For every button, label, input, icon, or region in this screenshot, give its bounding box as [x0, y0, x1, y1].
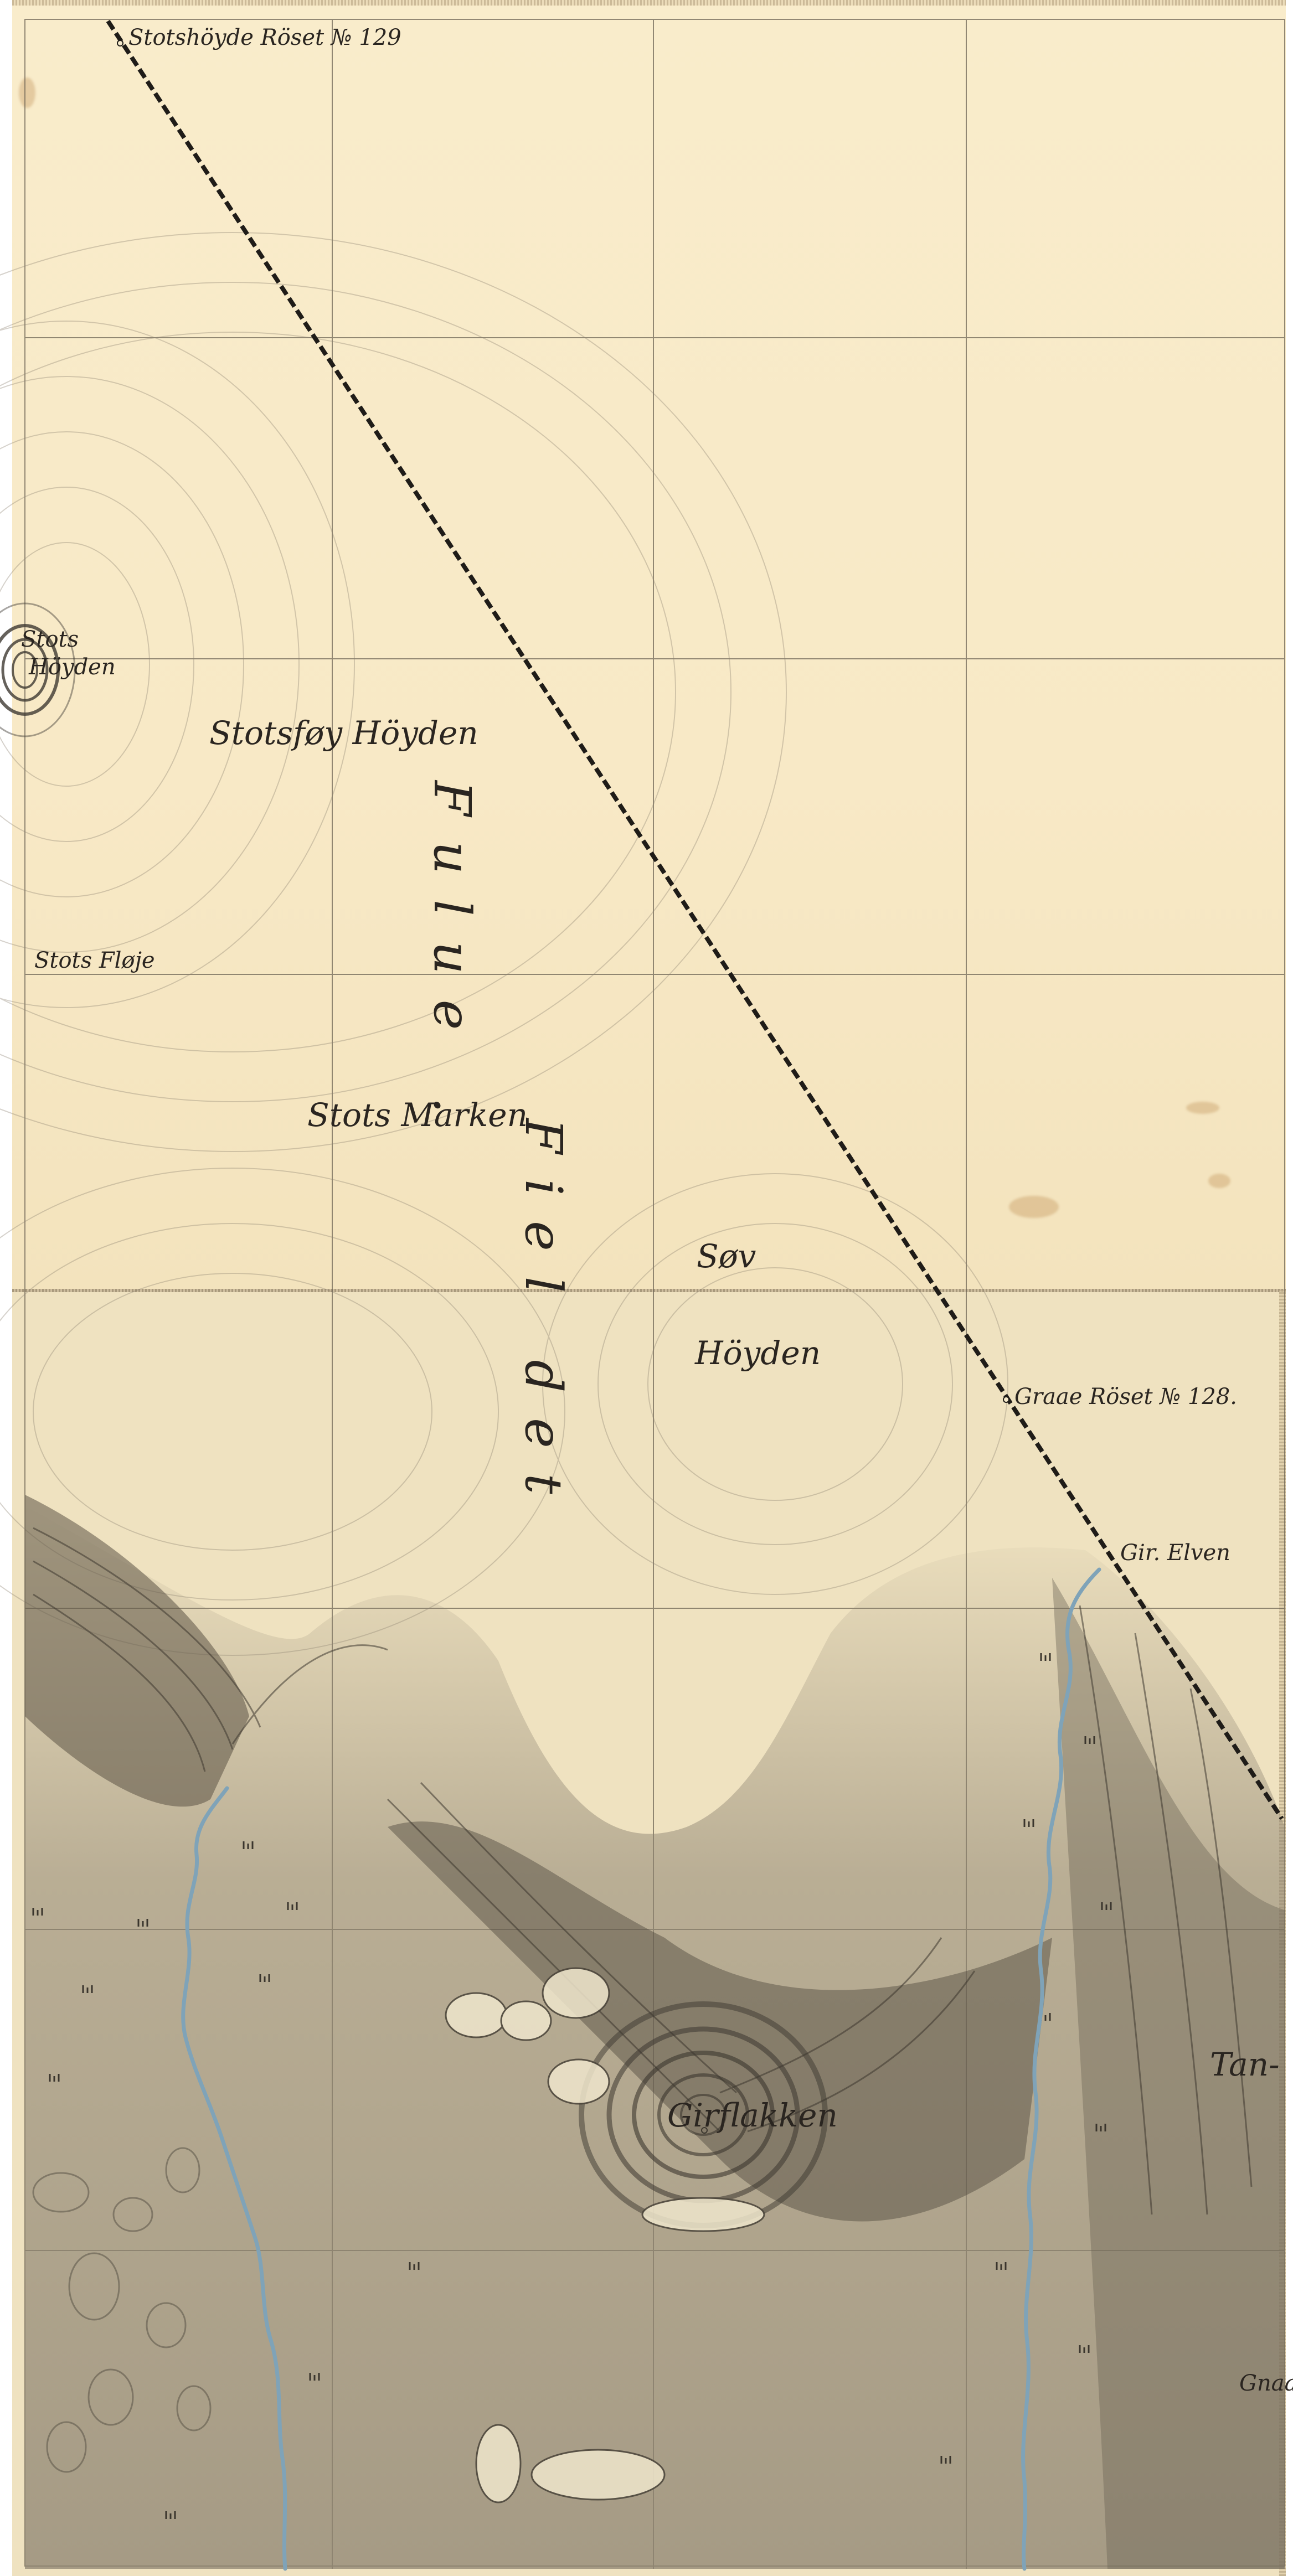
- boundary-line: [108, 21, 1282, 1819]
- place-label-hoyden: Höyden: [695, 1337, 821, 1369]
- cairn-128-label: Graae Röset № 128.: [1014, 1386, 1237, 1408]
- place-label-stots-floye: Stots Fløje: [34, 949, 155, 972]
- cairn-128-marker: [1003, 1397, 1009, 1402]
- contour-lines-upper: [0, 233, 1008, 1655]
- place-label-girflakken: Girflakken: [667, 2099, 838, 2131]
- place-label-sov: Søv: [697, 1240, 756, 1272]
- map-drawing: [0, 0, 1293, 2576]
- place-label-stots: Stots: [21, 628, 79, 651]
- place-label-gir-elven: Gir. Elven: [1120, 1542, 1230, 1564]
- region-label-fulue: Fulue .: [426, 781, 477, 1139]
- cairn-129-marker: [117, 40, 123, 46]
- place-label-tan: Tan-: [1210, 2048, 1280, 2081]
- region-label-fieldet: Fiel det: [518, 1118, 569, 1520]
- place-label-stots-marken: Stots Marken: [307, 1099, 528, 1131]
- cairn-129-label: Stotshöyde Röset № 129: [128, 27, 401, 49]
- place-label-hoyden-left: Höyden: [29, 656, 116, 678]
- hachured-terrain: [25, 1495, 1285, 2569]
- place-label-stotsfoy-hoyden: Stotsføy Höyden: [209, 717, 478, 749]
- place-label-gnaal: Gnaal: [1239, 2372, 1293, 2394]
